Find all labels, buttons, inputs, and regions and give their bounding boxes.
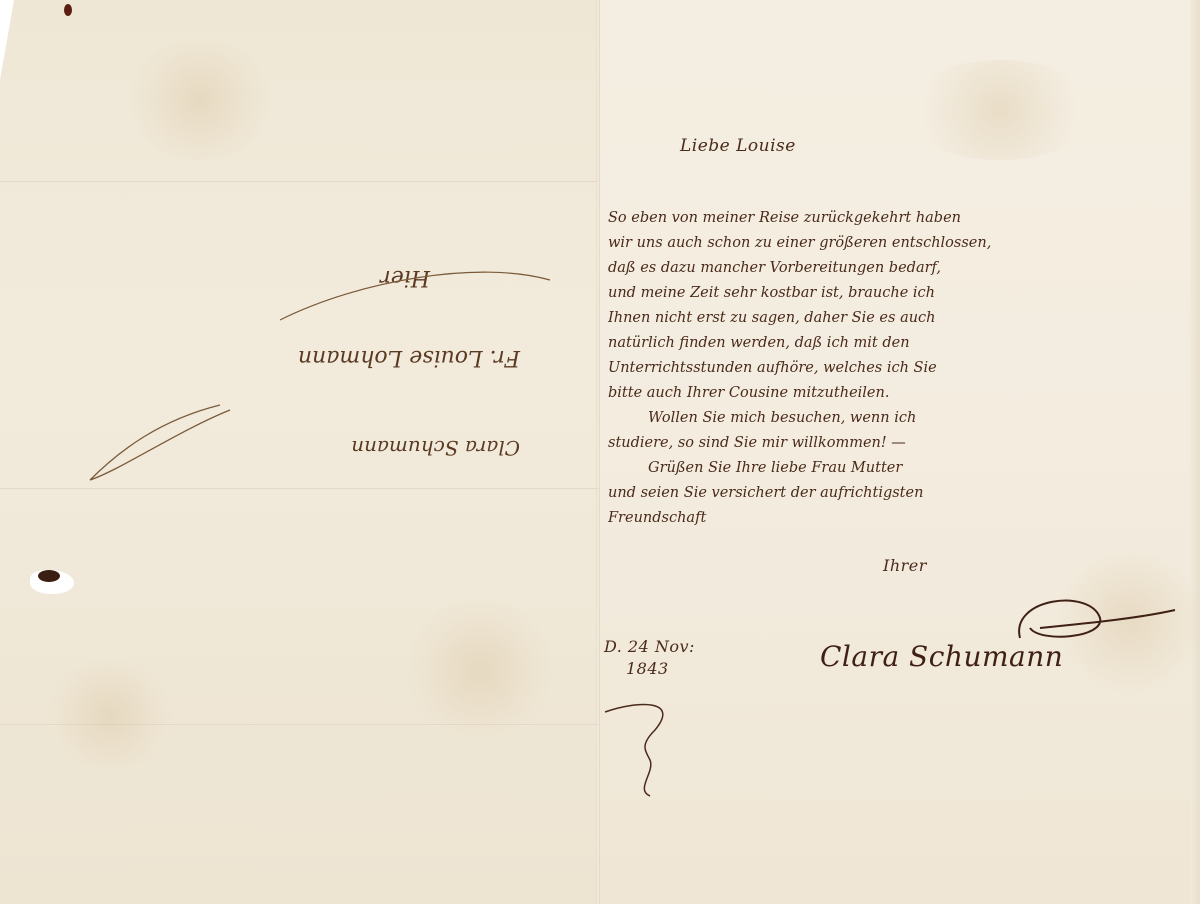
letter-line: und meine Zeit sehr kostbar ist, brauche… (608, 281, 1188, 306)
letter-line: Freundschaft (608, 506, 1188, 531)
flourish-decoration (260, 260, 560, 340)
paper-stain (900, 60, 1100, 160)
paper-stain (40, 660, 180, 770)
letter-line: studiere, so sind Sie mir willkommen! — (608, 431, 1188, 456)
letter-line: Wollen Sie mich besuchen, wenn ich (608, 406, 1188, 431)
date-day-month: D. 24 Nov: (604, 636, 695, 658)
paper-stain (400, 600, 560, 740)
paper-stain (120, 40, 280, 160)
closing: Ihrer (883, 556, 927, 575)
signature-flourish (1000, 588, 1180, 668)
letter-line: bitte auch Ihrer Cousine mitzutheilen. (608, 381, 1188, 406)
sender-name: Clara Schumann (351, 436, 520, 460)
paraph-flourish (600, 700, 690, 800)
letter-line: Unterrichtsstunden aufhöre, welches ich … (608, 356, 1188, 381)
date: D. 24 Nov: 1843 (604, 636, 695, 680)
flourish-decoration (80, 400, 240, 490)
right-edge-shadow (1190, 0, 1200, 904)
ink-blot (38, 570, 60, 582)
letter-line: Grüßen Sie Ihre liebe Frau Mutter (608, 456, 1188, 481)
letter-line: wir uns auch schon zu einer größeren ent… (608, 231, 1188, 256)
letter-line: daß es dazu mancher Vorbereitungen bedar… (608, 256, 1188, 281)
letter-line: Ihnen nicht erst zu sagen, daher Sie es … (608, 306, 1188, 331)
date-year: 1843 (604, 658, 695, 680)
letter-body: So eben von meiner Reise zurückgekehrt h… (608, 206, 1188, 531)
recipient-name: Fr. Louise Lohmann (298, 345, 520, 370)
address-panel: Clara Schumann Fr. Louise Lohmann Hier (40, 200, 580, 500)
ink-blot (64, 4, 72, 16)
salutation: Liebe Louise (680, 136, 796, 156)
letter-line: So eben von meiner Reise zurückgekehrt h… (608, 206, 1188, 231)
fold-line (0, 181, 598, 183)
torn-corner (0, 0, 14, 80)
letter-line: natürlich finden werden, daß ich mit den (608, 331, 1188, 356)
letter-scan: Clara Schumann Fr. Louise Lohmann Hier L… (0, 0, 1200, 904)
letter-line: und seien Sie versichert der aufrichtigs… (608, 481, 1188, 506)
